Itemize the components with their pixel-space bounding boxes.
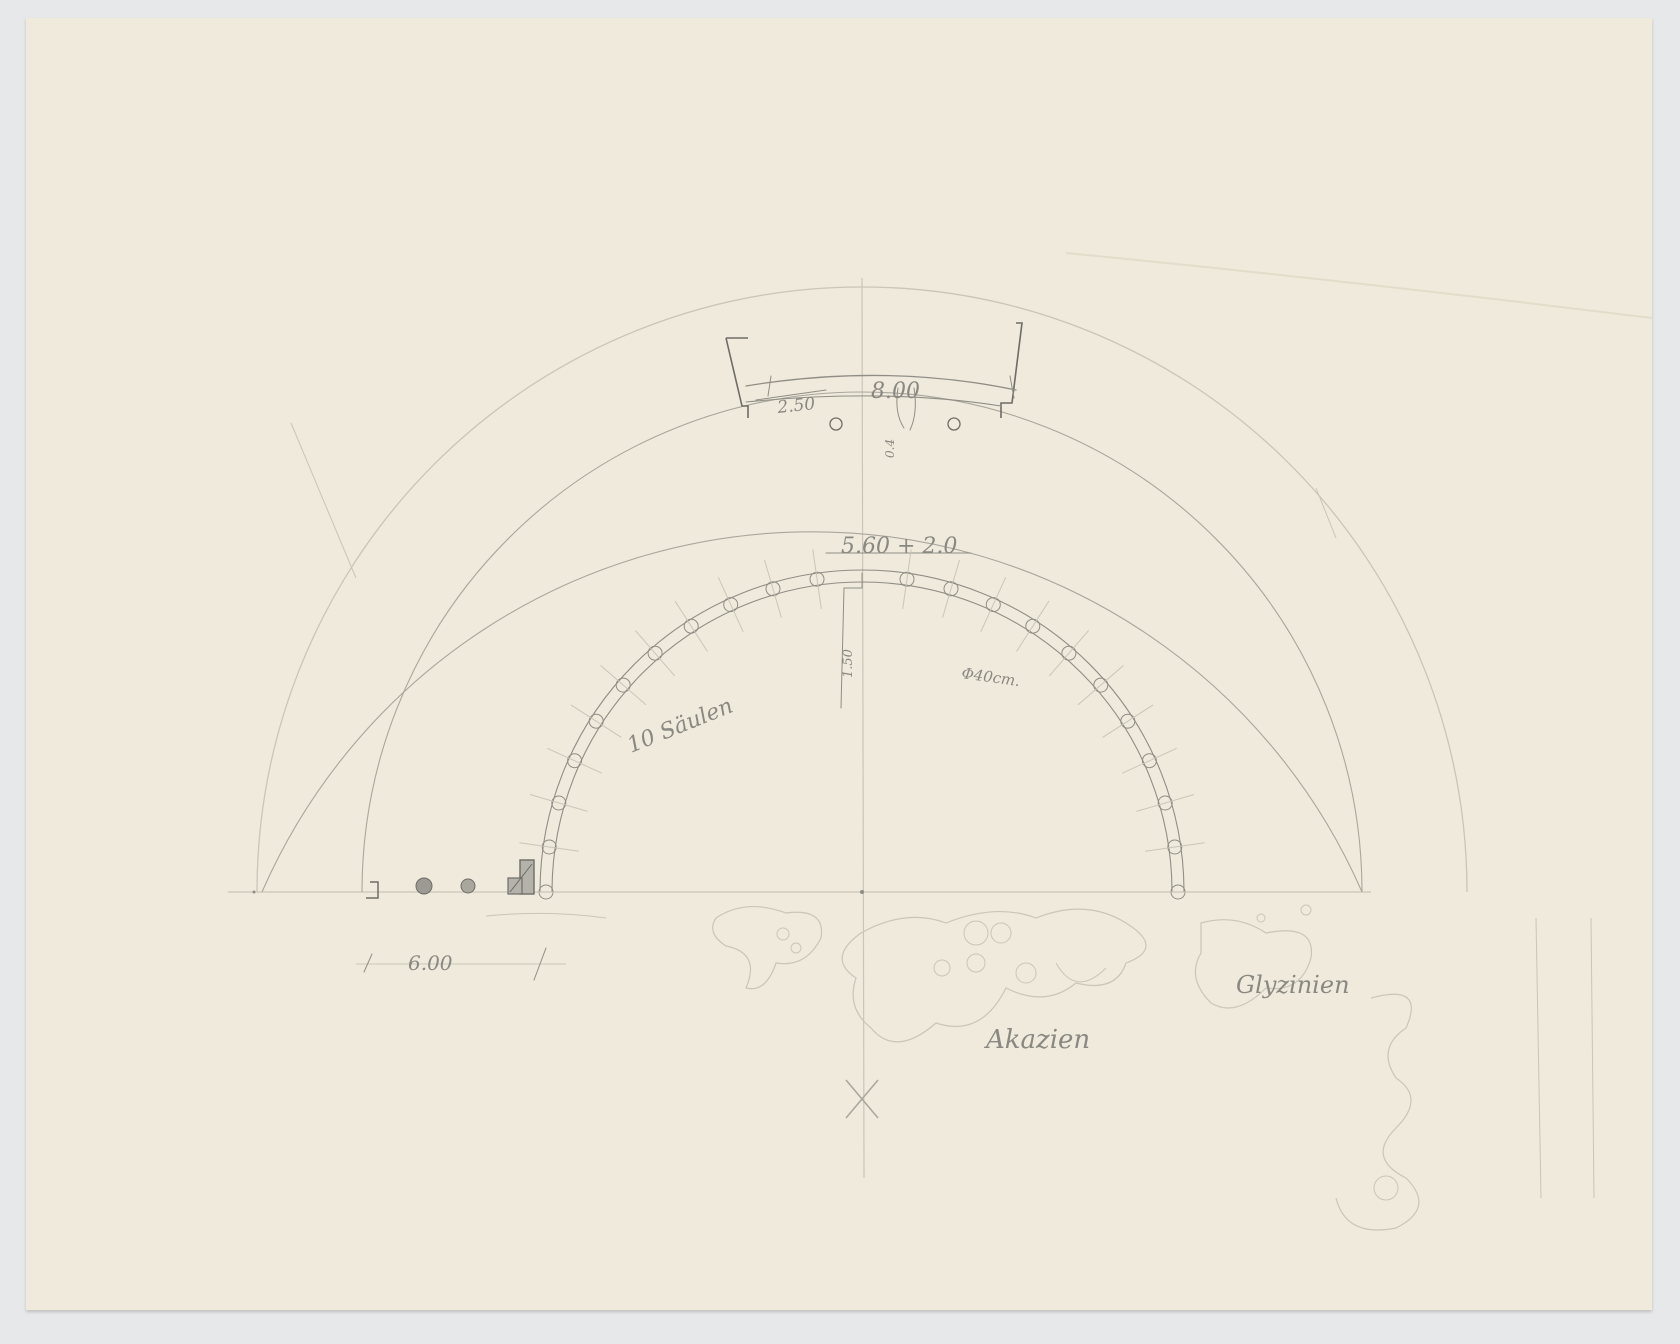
- acacia-label: Akazien: [984, 1025, 1090, 1055]
- paper-fold: [1066, 253, 1652, 318]
- radial-tick: [1078, 665, 1123, 704]
- radial-tick: [635, 631, 674, 676]
- radial-tick: [1122, 748, 1177, 773]
- radial-tick: [520, 843, 579, 852]
- left-legend: 6.00: [356, 860, 606, 980]
- entrance-detail: 8.00 2.50 0.4: [726, 323, 1022, 458]
- paper-sheet: 8.00 2.50 0.4 5.60 + 2.0 1.50 10 Säulen …: [26, 18, 1652, 1310]
- radial-tick: [1049, 631, 1088, 676]
- entrance-width-label: 8.00: [871, 379, 920, 404]
- tree-sketches: Akazien Glyzinien: [713, 905, 1419, 1230]
- radial-tick: [601, 665, 646, 704]
- radial-tick: [718, 577, 743, 632]
- radial-tick: [1136, 795, 1194, 812]
- center-vertical-label: 1.50: [841, 649, 856, 678]
- entrance-offset-label: 2.50: [775, 394, 816, 418]
- column-markers: [516, 550, 1208, 900]
- column-small-symbol: [461, 879, 475, 893]
- construction-axes: [228, 278, 1594, 1198]
- radial-tick: [981, 577, 1006, 632]
- architectural-sketch: 8.00 2.50 0.4 5.60 + 2.0 1.50 10 Säulen …: [26, 18, 1652, 1310]
- column-count-label: 10 Säulen: [624, 694, 737, 759]
- radial-tick: [530, 795, 588, 812]
- wisteria-label: Glyzinien: [1236, 971, 1350, 999]
- radial-tick: [547, 748, 602, 773]
- span-label: 6.00: [408, 951, 453, 975]
- radial-tick: [813, 550, 822, 609]
- column-diameter-label: Φ40cm.: [960, 664, 1021, 690]
- radial-tick: [1145, 843, 1204, 852]
- radial-tick: [943, 560, 960, 618]
- entrance-column: [830, 418, 842, 430]
- radial-tick: [765, 560, 782, 618]
- colonnade-radius-label: 5.60 + 2.0: [841, 534, 957, 559]
- entrance-column: [948, 418, 960, 430]
- colonnade: 5.60 + 2.0 1.50 10 Säulen Φ40cm.: [540, 534, 1184, 892]
- entrance-vertical-label: 0.4: [883, 439, 897, 458]
- column-round-symbol: [416, 878, 432, 894]
- wall-corner-symbol: [366, 882, 378, 898]
